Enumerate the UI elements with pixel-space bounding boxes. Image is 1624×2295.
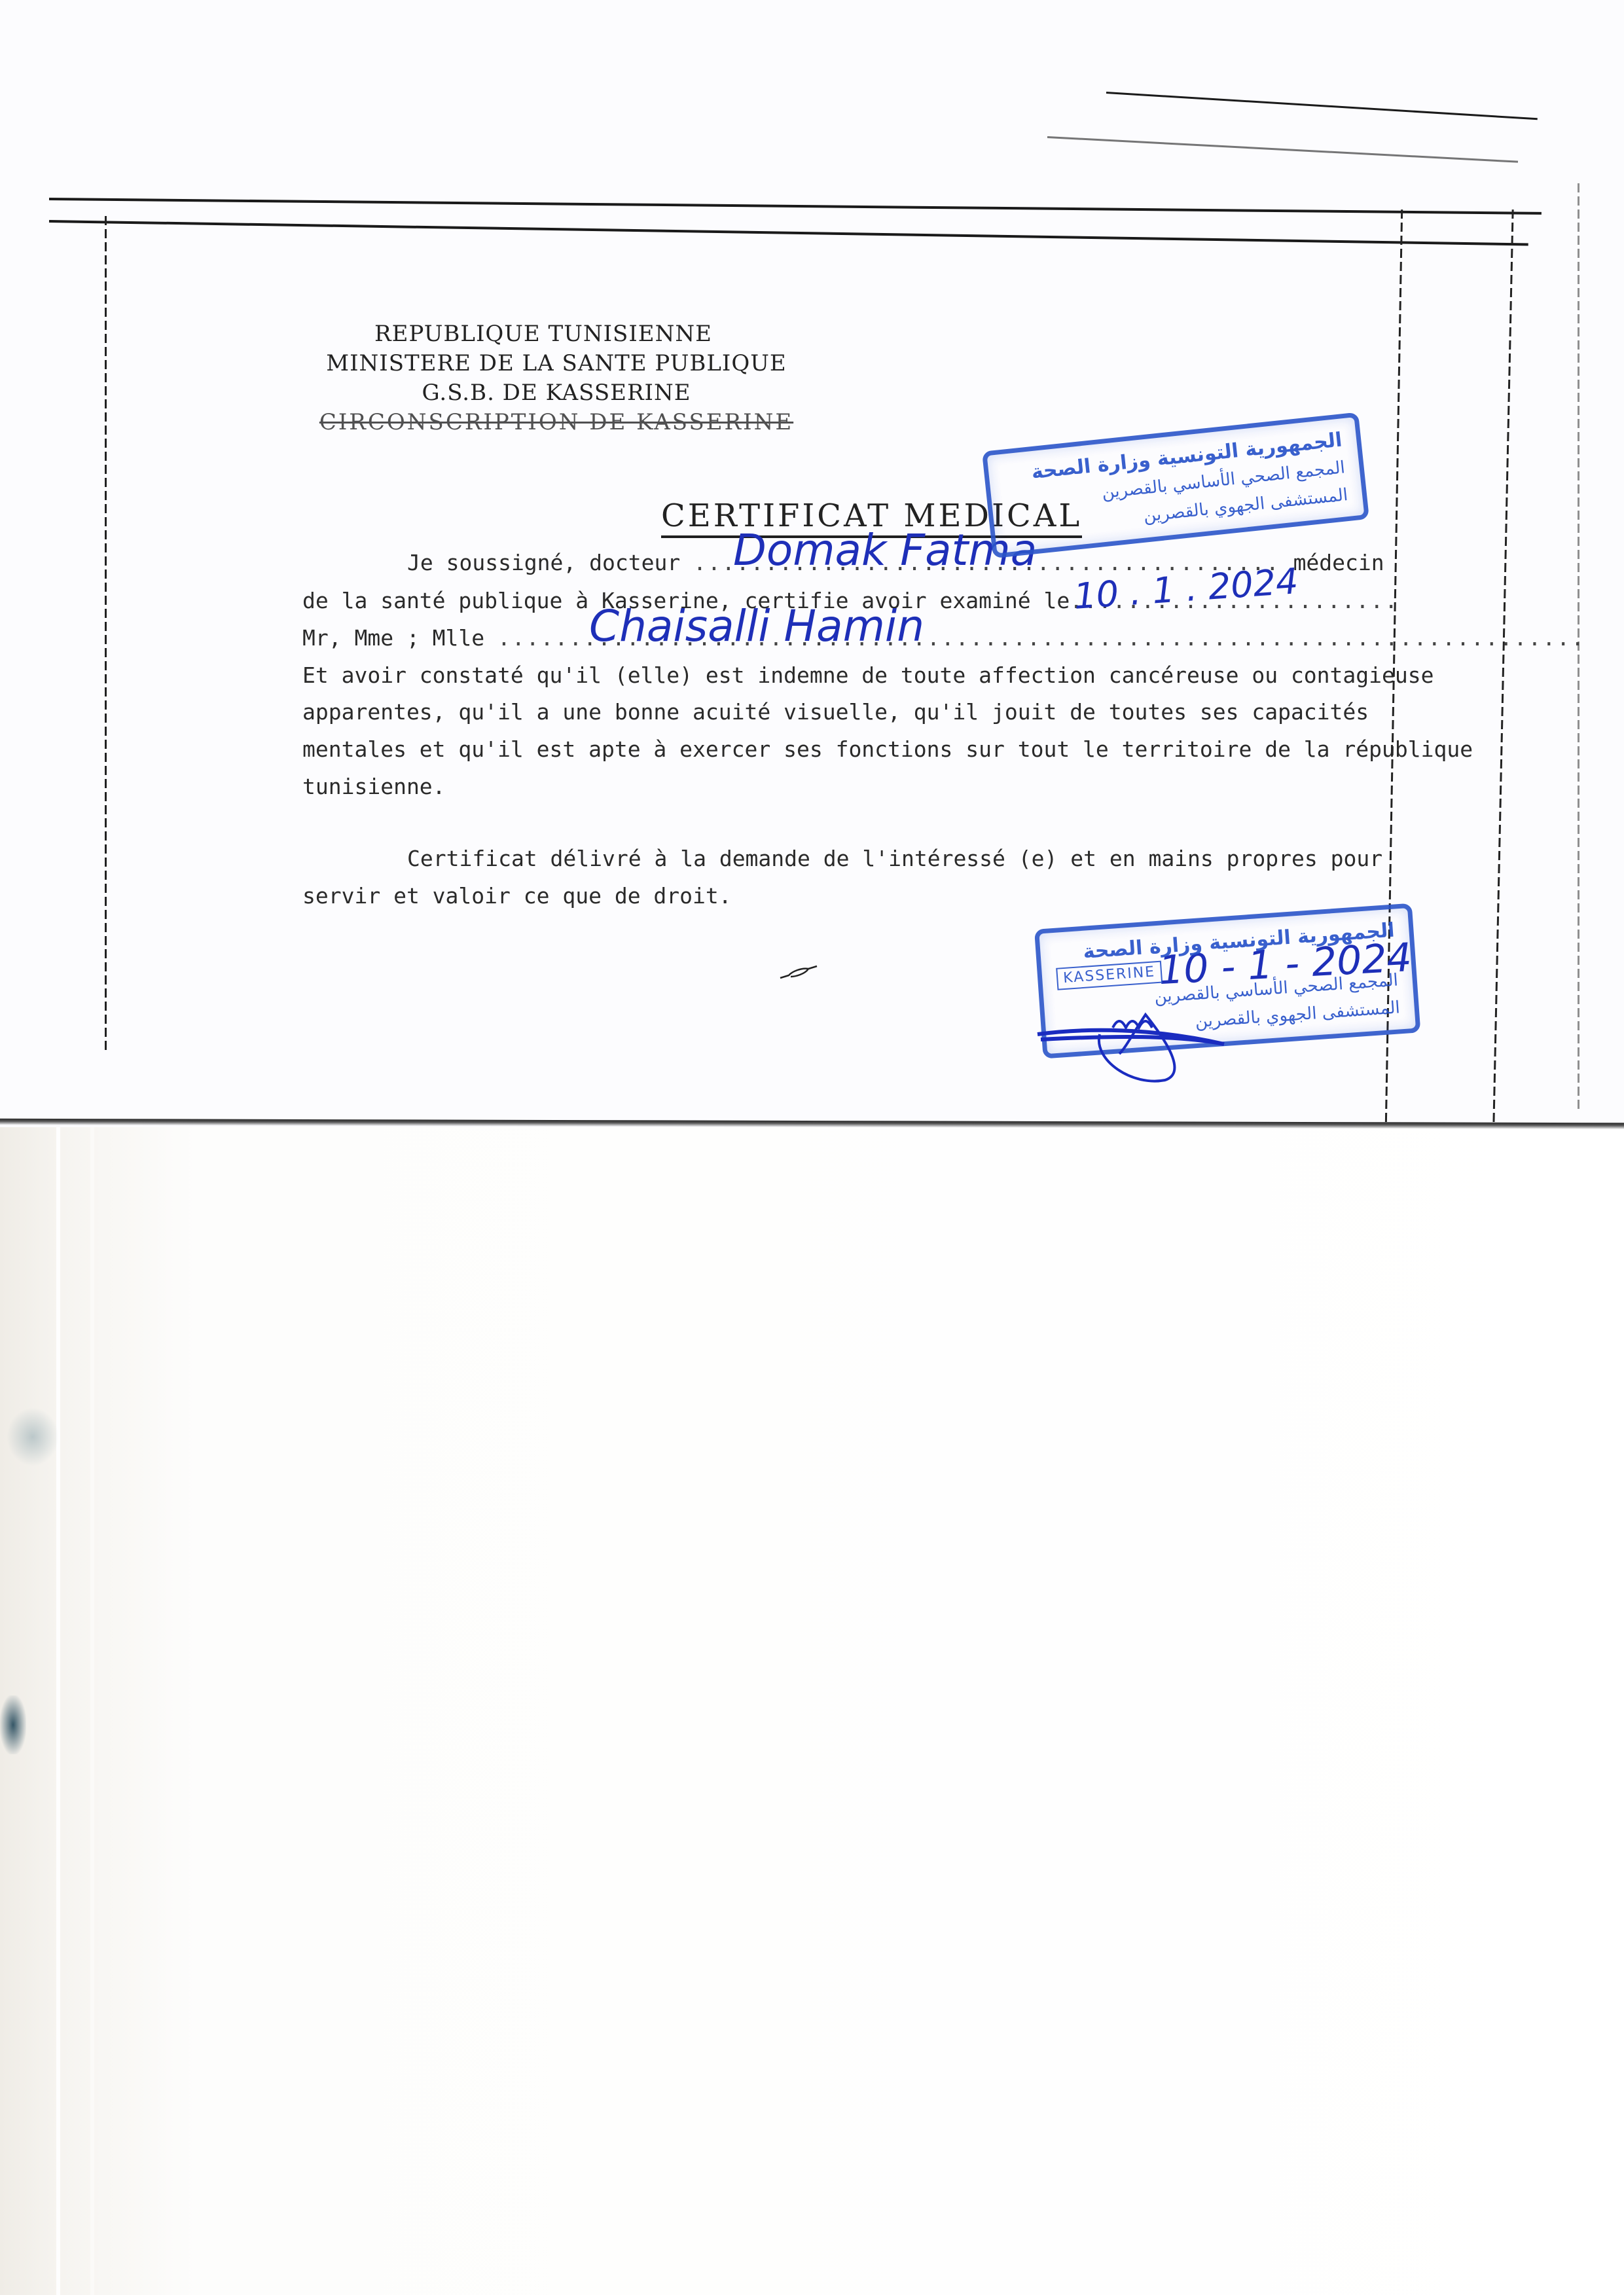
border-rule-back [1047, 136, 1518, 163]
certificate-paper: REPUBLIQUE TUNISIENNE MINISTERE DE LA SA… [0, 0, 1624, 1126]
border-rule-top [49, 198, 1542, 215]
border-rule-back [1106, 92, 1538, 120]
body-line-8: Certificat délivré à la demande de l'int… [302, 846, 1422, 871]
body-line-7: tunisienne. [302, 774, 1422, 799]
scan-streak [56, 1127, 60, 2295]
border-rule-right-outer [1492, 209, 1513, 1126]
border-rule-top-inner [49, 220, 1528, 245]
delivery-text: Certificat délivré à la demande de l'int… [407, 846, 1382, 871]
scan-streak [90, 1127, 94, 2295]
scan-smudge [0, 1695, 26, 1754]
stray-mark [779, 962, 818, 982]
body-line-4: Et avoir constaté qu'il (elle) est indem… [302, 662, 1422, 688]
doctor-title: médecin [1293, 550, 1384, 575]
letterhead: REPUBLIQUE TUNISIENNE MINISTERE DE LA SA… [288, 319, 825, 437]
body-line-6: mentales et qu'il est apte à exercer ses… [302, 736, 1422, 762]
doctor-label: Je soussigné, docteur [407, 550, 680, 575]
body-line-5: apparentes, qu'il a une bonne acuité vis… [302, 699, 1422, 725]
header-republic: REPUBLIQUE TUNISIENNE [262, 319, 825, 349]
doctor-signature [1034, 1008, 1283, 1087]
border-rule-left [105, 216, 107, 1054]
body-line-9: servir et valoir ce que de droit. [302, 883, 1422, 909]
header-ministry: MINISTERE DE LA SANTE PUBLIQUE [288, 349, 825, 378]
handwritten-patient-name: Chaisalli Hamin [589, 601, 924, 651]
official-stamp-top: الجمهورية التونسية وزارة الصحة المجمع ال… [982, 412, 1369, 559]
scanner-background [0, 1127, 1624, 2295]
scan-smudge [7, 1407, 59, 1466]
header-circonscription: CIRCONSCRIPTION DE KASSERINE [288, 408, 825, 437]
header-gsb: G.S.B. DE KASSERINE [288, 378, 825, 408]
patient-label: Mr, Mme ; Mlle [302, 625, 484, 651]
stamp-line: الجمهورية التونسية وزارة الصحة [1054, 917, 1396, 968]
